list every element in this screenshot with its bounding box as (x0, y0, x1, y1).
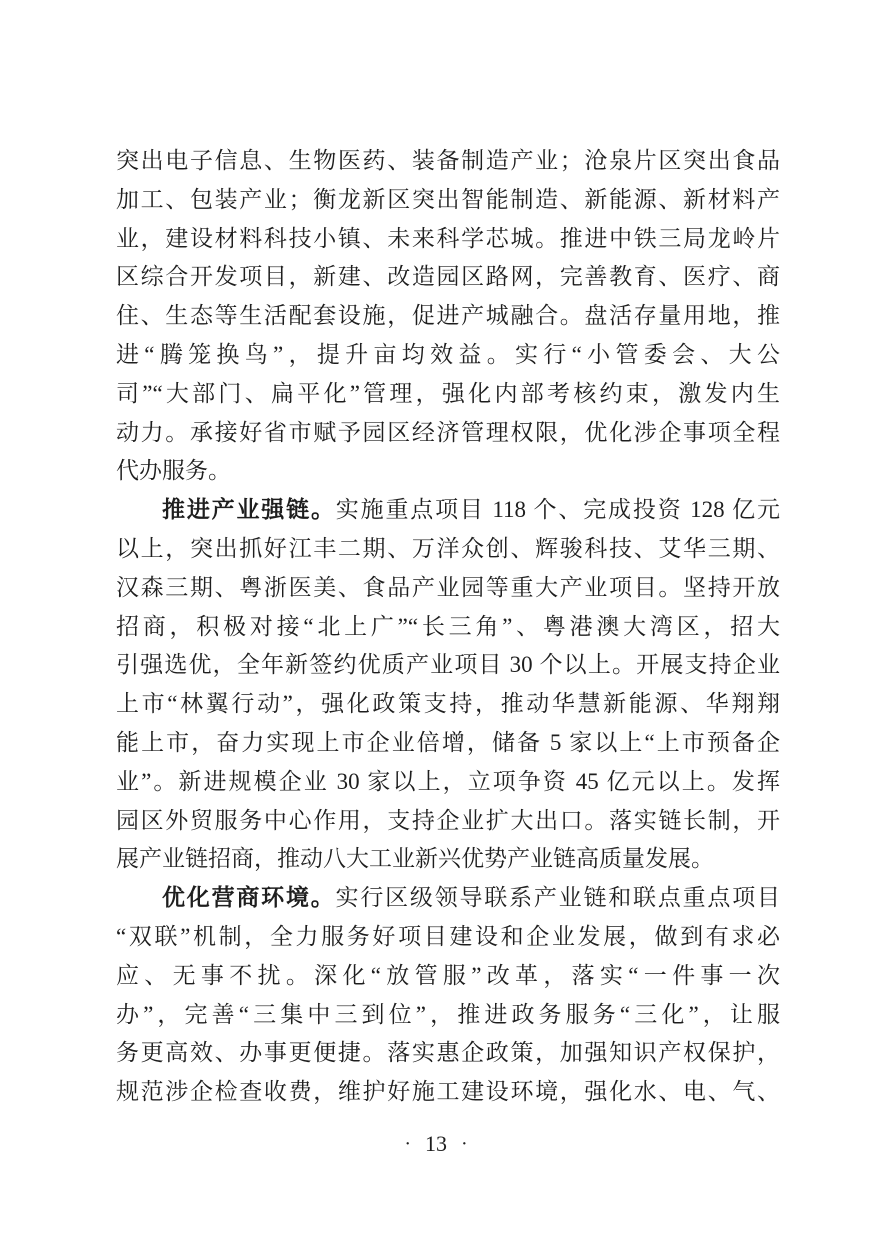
paragraph-1: 突出电子信息、生物医药、装备制造产业；沧泉片区突出食品 加工、包装产业；衡龙新区… (116, 142, 780, 491)
text-line: 突出电子信息、生物医药、装备制造产业；沧泉片区突出食品 (116, 142, 780, 181)
text-line: 办”，完善“三集中三到位”，推进政务服务“三化”，让服 (116, 996, 780, 1035)
text-line: 业，建设材料科技小镇、未来科学芯城。推进中铁三局龙岭片 (116, 220, 780, 259)
text-segment: 实行区级领导联系产业链和联点重点项目 (336, 885, 780, 910)
text-line: 应、无事不扰。深化“放管服”改革，落实“一件事一次 (116, 957, 780, 996)
text-line: 能上市，奋力实现上市企业倍增，储备 5 家以上“上市预备企 (116, 724, 780, 763)
text-line: 动力。承接好省市赋予园区经济管理权限，优化涉企事项全程 (116, 414, 780, 453)
text-line: 区综合开发项目，新建、改造园区路网，完善教育、医疗、商 (116, 258, 780, 297)
text-line: 加工、包装产业；衡龙新区突出智能制造、新能源、新材料产 (116, 181, 780, 220)
text-line: 业”。新进规模企业 30 家以上，立项争资 45 亿元以上。发挥 (116, 763, 780, 802)
page-footer: ·13· (0, 1131, 872, 1157)
text-line: 进“腾笼换鸟”，提升亩均效益。实行“小管委会、大公 (116, 336, 780, 375)
section-heading: 优化营商环境。 (162, 885, 336, 910)
text-line: 招商，积极对接“北上广”“长三角”、粤港澳大湾区，招大 (116, 608, 780, 647)
text-line: 司”“大部门、扁平化”管理，强化内部考核约束，激发内生 (116, 375, 780, 414)
footer-dot-left: · (404, 1133, 411, 1156)
text-line: “双联”机制，全力服务好项目建设和企业发展，做到有求必 (116, 918, 780, 957)
text-line: 园区外贸服务中心作用，支持企业扩大出口。落实链长制，开 (116, 802, 780, 841)
paragraph-2: 推进产业强链。实施重点项目 118 个、完成投资 128 亿元 以上，突出抓好江… (116, 491, 780, 879)
text-line: 展产业链招商，推动八大工业新兴优势产业链高质量发展。 (116, 840, 780, 879)
section-heading: 推进产业强链。 (162, 497, 336, 522)
text-line: 住、生态等生活配套设施，促进产城融合。盘活存量用地，推 (116, 297, 780, 336)
text-line: 务更高效、办事更便捷。落实惠企政策，加强知识产权保护， (116, 1034, 780, 1073)
text-line: 优化营商环境。实行区级领导联系产业链和联点重点项目 (116, 879, 780, 918)
footer-dot-right: · (461, 1133, 468, 1156)
text-line: 以上，突出抓好江丰二期、万洋众创、辉骏科技、艾华三期、 (116, 530, 780, 569)
text-line: 推进产业强链。实施重点项目 118 个、完成投资 128 亿元 (116, 491, 780, 530)
text-line: 代办服务。 (116, 452, 780, 491)
paragraph-3: 优化营商环境。实行区级领导联系产业链和联点重点项目 “双联”机制，全力服务好项目… (116, 879, 780, 1112)
text-line: 引强选优，全年新签约优质产业项目 30 个以上。开展支持企业 (116, 646, 780, 685)
text-line: 上市“林翼行动”，强化政策支持，推动华慧新能源、华翔翔 (116, 685, 780, 724)
document-page: 突出电子信息、生物医药、装备制造产业；沧泉片区突出食品 加工、包装产业；衡龙新区… (0, 0, 872, 1234)
text-segment: 实施重点项目 118 个、完成投资 128 亿元 (336, 497, 780, 522)
page-number: 13 (425, 1131, 447, 1156)
document-body: 突出电子信息、生物医药、装备制造产业；沧泉片区突出食品 加工、包装产业；衡龙新区… (116, 142, 780, 1112)
text-line: 规范涉企检查收费，维护好施工建设环境，强化水、电、气、 (116, 1073, 780, 1112)
text-line: 汉森三期、粤浙医美、食品产业园等重大产业项目。坚持开放 (116, 569, 780, 608)
